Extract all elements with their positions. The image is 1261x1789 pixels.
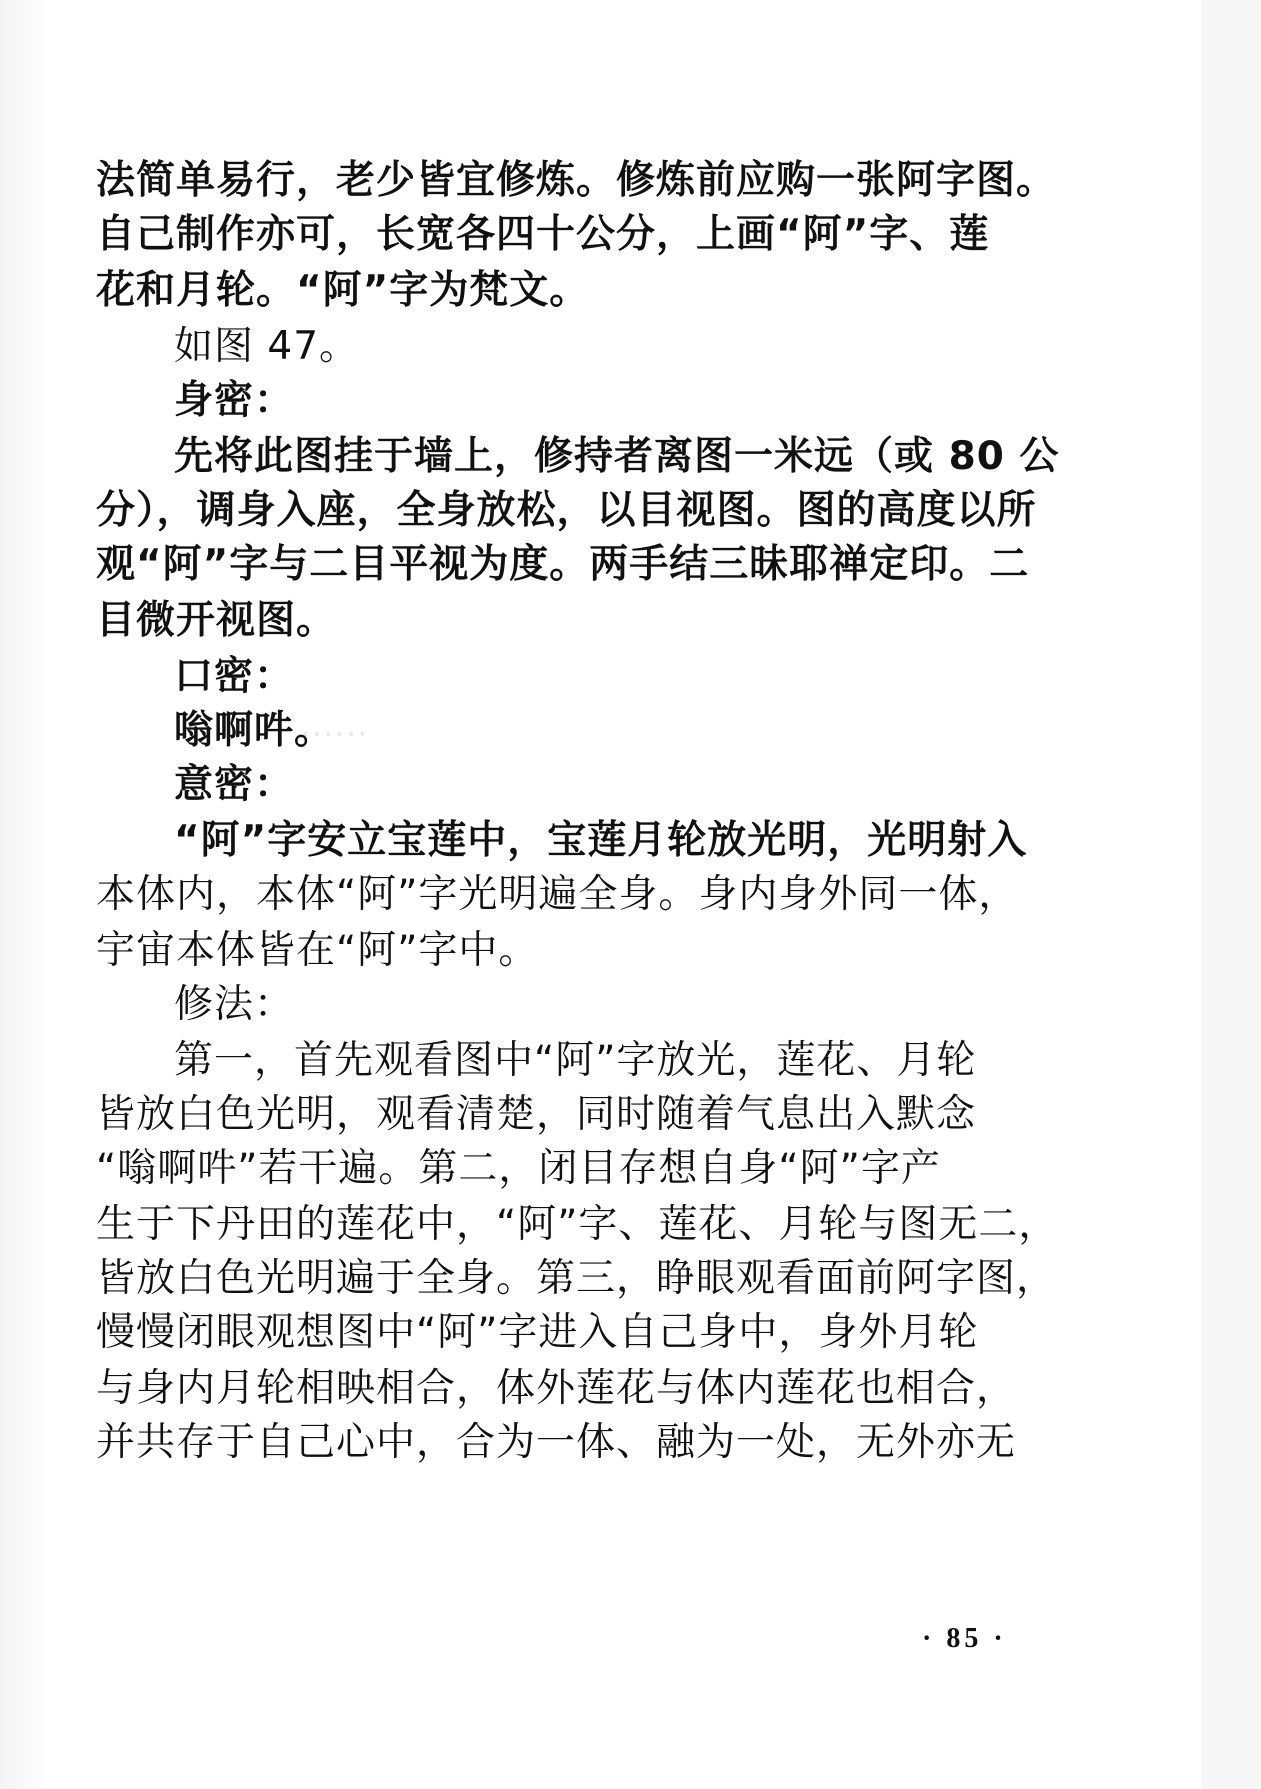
text-line: 目微开视图。	[96, 598, 336, 644]
figure-reference: 如图 47。	[174, 324, 359, 370]
text-line: “阿”字安立宝莲中，宝莲月轮放光明，光明射入	[174, 818, 1027, 864]
text-line: 并共存于自己心中，合为一体、融为一处，无外亦无	[96, 1420, 1016, 1466]
text-line: 花和月轮。“阿”字为梵文。	[96, 268, 589, 314]
text-line: 分），调身入座，全身放松，以目视图。图的高度以所	[96, 488, 1037, 534]
text-line: 皆放白色光明遍于全身。第三，睁眼观看面前阿字图，	[96, 1256, 1056, 1302]
text-line: 生于下丹田的莲花中，“阿”字、莲花、月轮与图无二，	[96, 1202, 1058, 1248]
text-line: 法简单易行，老少皆宜修炼。修炼前应购一张阿字图。	[96, 158, 1056, 204]
text-line: 慢慢闭眼观想图中“阿”字进入自己身中，身外月轮	[96, 1310, 978, 1356]
section-heading-method: 修法：	[174, 982, 294, 1028]
text-line: 先将此图挂于墙上，修持者离图一米远（或 80 公	[174, 434, 1059, 480]
text-line: 皆放白色光明，观看清楚，同时随着气息出入默念	[96, 1092, 976, 1138]
text-line: 与身内月轮相映相合，体外莲花与体内莲花也相合，	[96, 1366, 1016, 1412]
mantra-line: 嗡啊吽。	[174, 708, 334, 754]
text-line: 自己制作亦可，长宽各四十公分，上画“阿”字、莲	[96, 212, 989, 258]
text-line: 宇宙本体皆在“阿”字中。	[96, 928, 538, 974]
section-heading-speech-secret: 口密：	[174, 654, 294, 700]
page-edge	[1201, 0, 1261, 1789]
text-line: “嗡啊吽”若干遍。第二，闭目存想自身“阿”字产	[96, 1146, 941, 1192]
section-heading-mind-secret: 意密：	[174, 762, 294, 808]
section-heading-body-secret: 身密：	[174, 378, 294, 424]
text-line: 观“阿”字与二目平视为度。两手结三昧耶禅定印。二	[96, 542, 1029, 588]
text-line: 第一，首先观看图中“阿”字放光，莲花、月轮	[174, 1038, 976, 1084]
page-number: · 85 ·	[922, 1623, 1007, 1655]
text-line: 本体内，本体“阿”字光明遍全身。身内身外同一体，	[96, 872, 1018, 918]
